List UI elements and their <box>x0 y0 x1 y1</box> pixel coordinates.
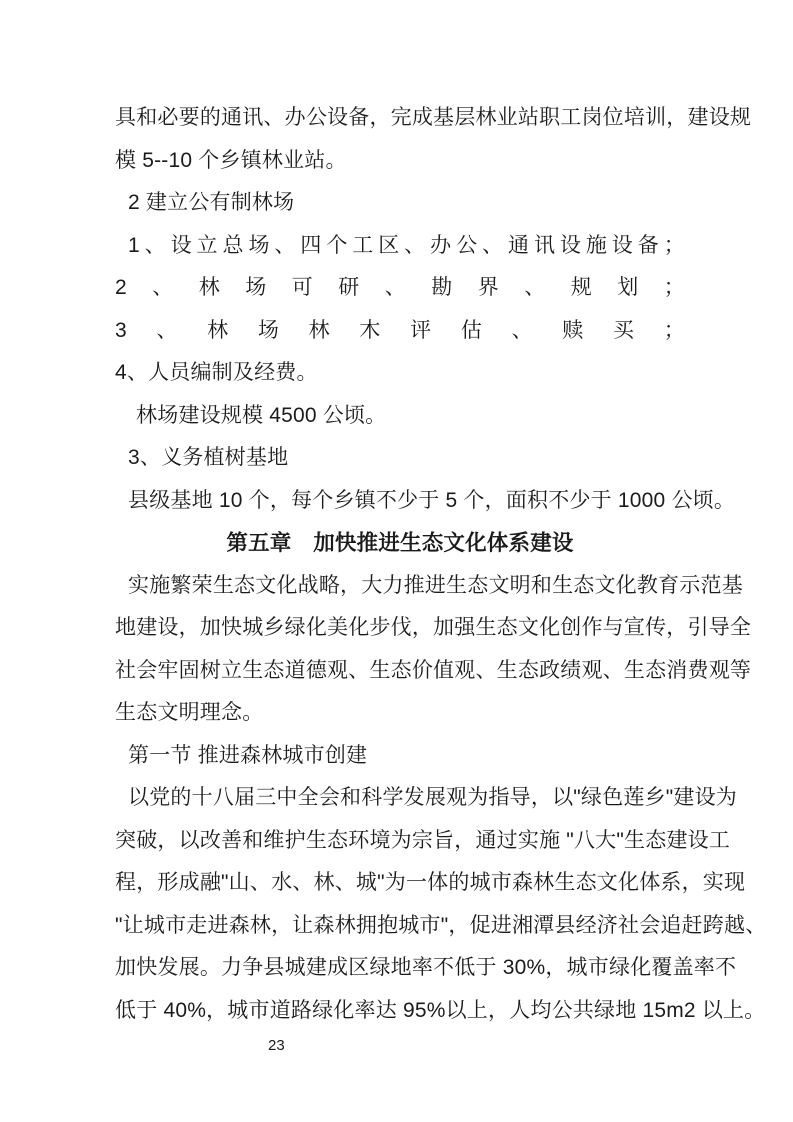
body-line: 生态文明理念。 <box>115 692 685 735</box>
body-line: 模 5--10 个乡镇林业站。 <box>115 140 685 183</box>
document-text-block: 具和必要的通讯、办公设备，完成基层林业站职工岗位培训，建设规 模 5--10 个… <box>115 97 685 1032</box>
body-line: 实施繁荣生态文化战略，大力推进生态文明和生态文化教育示范基 <box>115 565 685 608</box>
body-line: 具和必要的通讯、办公设备，完成基层林业站职工岗位培训，建设规 <box>115 97 685 140</box>
body-line: 2 建立公有制林场 <box>115 182 685 225</box>
body-line: 低于 40%，城市道路绿化率达 95%以上，人均公共绿地 15m2 以上。 <box>115 990 685 1033</box>
body-line: "让城市走进森林，让森林拥抱城市"，促进湘潭县经济社会追赶跨越、 <box>115 905 685 948</box>
body-line: 加快发展。力争县城建成区绿地率不低于 30%，城市绿化覆盖率不 <box>115 947 685 990</box>
page-number: 23 <box>268 1036 285 1056</box>
body-line: 程，形成融"山、水、林、城"为一体的城市森林生态文化体系，实现 <box>115 862 685 905</box>
body-line: 林场建设规模 4500 公顷。 <box>115 395 685 438</box>
body-line: 1、设立总场、四个工区、办公、通讯设施设备； <box>115 225 685 268</box>
body-line: 县级基地 10 个，每个乡镇不少于 5 个，面积不少于 1000 公顷。 <box>115 480 685 523</box>
body-line: 3、林场林木评估、赎买； <box>115 310 685 353</box>
chapter-heading: 第五章 加快推进生态文化体系建设 <box>115 522 685 565</box>
body-line: 3、义务植树基地 <box>115 437 685 480</box>
section-heading: 第一节 推进森林城市创建 <box>115 735 685 778</box>
body-line: 4、人员编制及经费。 <box>115 352 685 395</box>
body-line: 社会牢固树立生态道德观、生态价值观、生态政绩观、生态消费观等 <box>115 650 685 693</box>
body-line: 以党的十八届三中全会和科学发展观为指导，以"绿色莲乡"建设为 <box>115 777 685 820</box>
body-line: 突破，以改善和维护生态环境为宗旨，通过实施 "八大"生态建设工 <box>115 820 685 863</box>
body-line: 2、林场可研、勘界、规划； <box>115 267 685 310</box>
document-page: 具和必要的通讯、办公设备，完成基层林业站职工岗位培训，建设规 模 5--10 个… <box>0 0 793 1122</box>
body-line: 地建设，加快城乡绿化美化步伐，加强生态文化创作与宣传，引导全 <box>115 607 685 650</box>
